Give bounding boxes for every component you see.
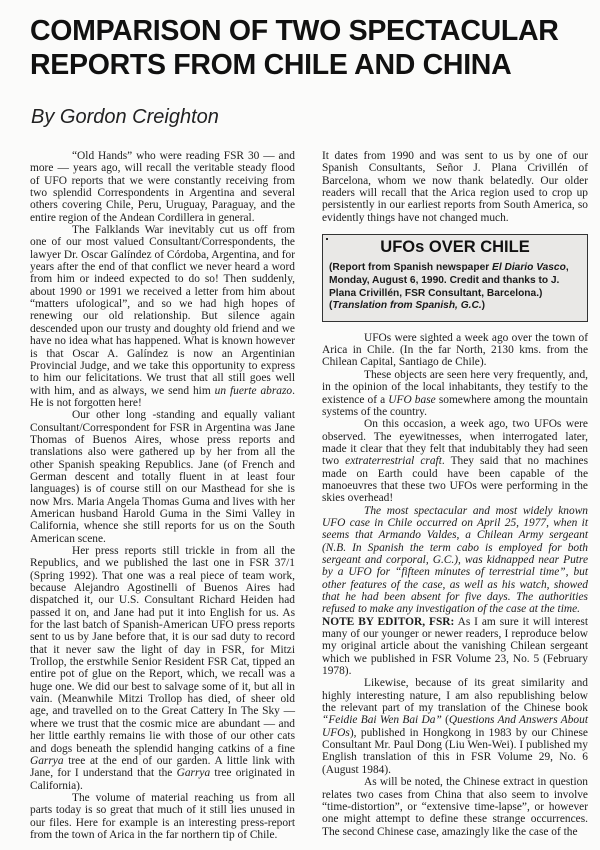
box-translation-note: (Translation from Spanish, G.C.)	[329, 300, 581, 313]
paragraph: As will be noted, the Chinese extract in…	[322, 776, 588, 838]
paragraph: “Old Hands” who were reading FSR 30 — an…	[30, 150, 295, 224]
sidebar-box-ufos-over-chile: UFOs OVER CHILE (Report from Spanish new…	[322, 234, 588, 322]
left-column: “Old Hands” who were reading FSR 30 — an…	[30, 150, 295, 841]
paragraph: Likewise, because of its great similarit…	[322, 677, 588, 776]
editor-note: NOTE BY EDITOR, FSR: As I am sure it wil…	[322, 616, 588, 678]
paragraph: The volume of material reaching us from …	[30, 792, 295, 841]
box-heading: UFOs OVER CHILE	[329, 241, 581, 253]
paragraph: Our other long -standing and equally val…	[30, 409, 295, 545]
article-byline: By Gordon Creighton	[31, 106, 219, 129]
paragraph: On this occasion, a week ago, two UFOs w…	[322, 418, 588, 504]
right-column: It dates from 1990 and was sent to us by…	[322, 150, 588, 838]
paragraph: Her press reports still trickle in from …	[30, 545, 295, 792]
box-source-note: (Report from Spanish newspaper El Diario…	[329, 262, 581, 300]
paragraph: UFOs were sighted a week ago over the to…	[322, 332, 588, 369]
paragraph: These objects are seen here very frequen…	[322, 369, 588, 418]
article-title: COMPARISON OF TWO SPECTACULAR REPORTS FR…	[30, 14, 590, 82]
paragraph-italic: The most spectacular and most widely kno…	[322, 505, 588, 616]
bullet-mark	[326, 238, 328, 240]
paragraph: It dates from 1990 and was sent to us by…	[322, 150, 588, 224]
paragraph: The Falklands War inevitably cut us off …	[30, 224, 295, 409]
